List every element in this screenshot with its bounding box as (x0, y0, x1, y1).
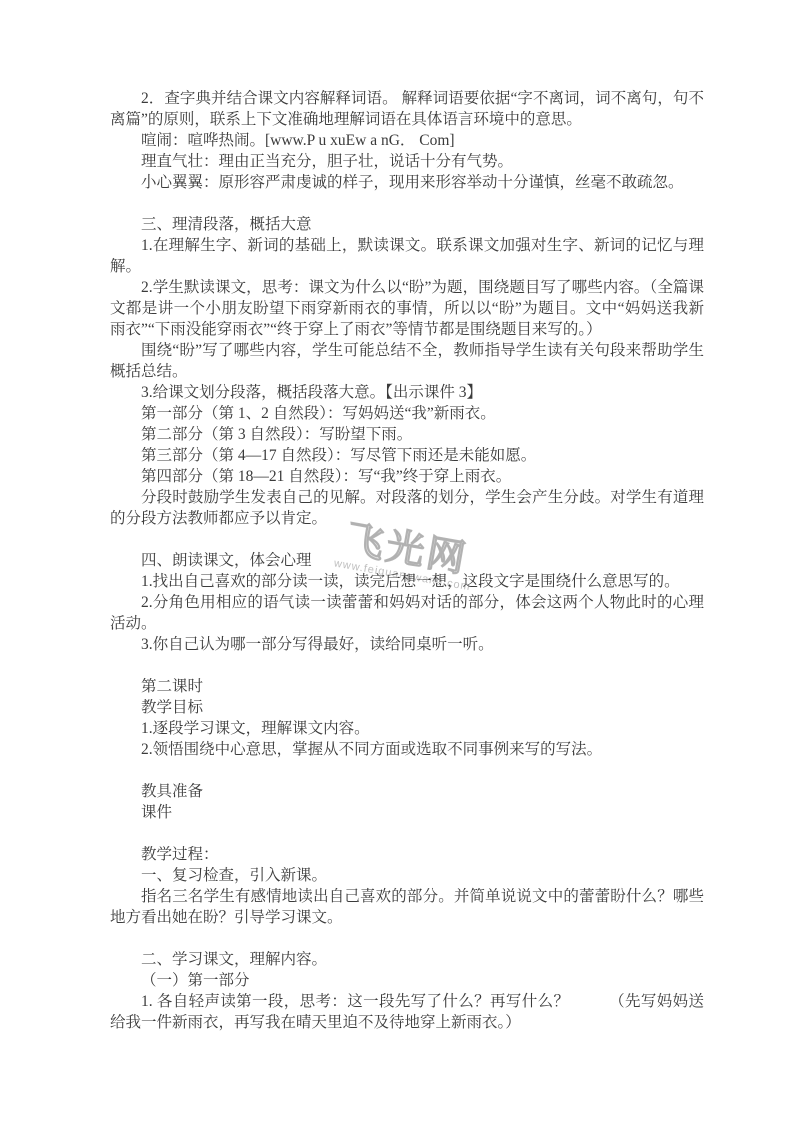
paragraph: 3.给课文划分段落，概括段落大意。【出示课件 3】 (110, 382, 704, 403)
paragraph: 小心翼翼：原形容严肃虔诚的样子，现用来形容举动十分谨慎，丝毫不敢疏忽。 (110, 172, 704, 193)
paragraph: 二、学习课文，理解内容。 (110, 949, 704, 970)
paragraph: 指名三名学生有感情地读出自己喜欢的部分。并简单说说文中的蕾蕾盼什么？哪些地方看出… (110, 886, 704, 928)
blank-line (110, 655, 704, 676)
paragraph: 一、复习检查，引入新课。 (110, 865, 704, 886)
blank-line (110, 823, 704, 844)
paragraph: 2.学生默读课文，思考：课文为什么以“盼”为题，围绕题目写了哪些内容。（全篇课文… (110, 277, 704, 340)
paragraph: 第三部分（第 4—17 自然段）：写尽管下雨还是未能如愿。 (110, 445, 704, 466)
blank-line (110, 193, 704, 214)
blank-line (110, 529, 704, 550)
paragraph: 1. 各自轻声读第一段，思考：这一段先写了什么？再写什么？ （先写妈妈送给我一件… (110, 991, 704, 1033)
paragraph: 喧闹：喧哗热闹。[www.P u xuEw a nG． Com] (110, 130, 704, 151)
paragraph: 三、理清段落，概括大意 (110, 214, 704, 235)
paragraph: 1.逐段学习课文，理解课文内容。 (110, 718, 704, 739)
paragraph: 教具准备 (110, 781, 704, 802)
paragraph: 分段时鼓励学生发表自己的见解。对段落的划分，学生会产生分歧。对学生有道理的分段方… (110, 487, 704, 529)
paragraph: 第二部分（第 3 自然段）：写盼望下雨。 (110, 424, 704, 445)
paragraph: 四、朗读课文，体会心理 (110, 550, 704, 571)
paragraph: 围绕“盼”写了哪些内容，学生可能总结不全，教师指导学生读有关句段来帮助学生概括总… (110, 340, 704, 382)
paragraph: （一）第一部分 (110, 970, 704, 991)
blank-line (110, 760, 704, 781)
paragraph: 第一部分（第 1、2 自然段）：写妈妈送“我”新雨衣。 (110, 403, 704, 424)
blank-line (110, 928, 704, 949)
paragraph: 1.在理解生字、新词的基础上，默读课文。联系课文加强对生字、新词的记忆与理解。 (110, 235, 704, 277)
paragraph: 2．查字典并结合课文内容解释词语。 解释词语要依据“字不离词，词不离句，句不离篇… (110, 88, 704, 130)
paragraph: 3.你自己认为哪一部分写得最好，读给同桌听一听。 (110, 634, 704, 655)
document-page: 飞光网 www.feiguangwang.com 2．查字典并结合课文内容解释词… (0, 0, 793, 1122)
paragraph: 理直气壮：理由正当充分，胆子壮，说话十分有气势。 (110, 151, 704, 172)
paragraph: 第四部分（第 18—21 自然段）：写“我”终于穿上雨衣。 (110, 466, 704, 487)
paragraph: 2.领悟围绕中心意思，掌握从不同方面或选取不同事例来写的写法。 (110, 739, 704, 760)
paragraph: 课件 (110, 802, 704, 823)
paragraph: 2.分角色用相应的语气读一读蕾蕾和妈妈对话的部分，体会这两个人物此时的心理活动。 (110, 592, 704, 634)
paragraph: 1.找出自己喜欢的部分读一读，读完后想一想，这段文字是围绕什么意思写的。 (110, 571, 704, 592)
paragraph: 教学过程： (110, 844, 704, 865)
paragraph: 第二课时 (110, 676, 704, 697)
paragraph: 教学目标 (110, 697, 704, 718)
document-text: 2．查字典并结合课文内容解释词语。 解释词语要依据“字不离词，词不离句，句不离篇… (110, 88, 704, 1033)
